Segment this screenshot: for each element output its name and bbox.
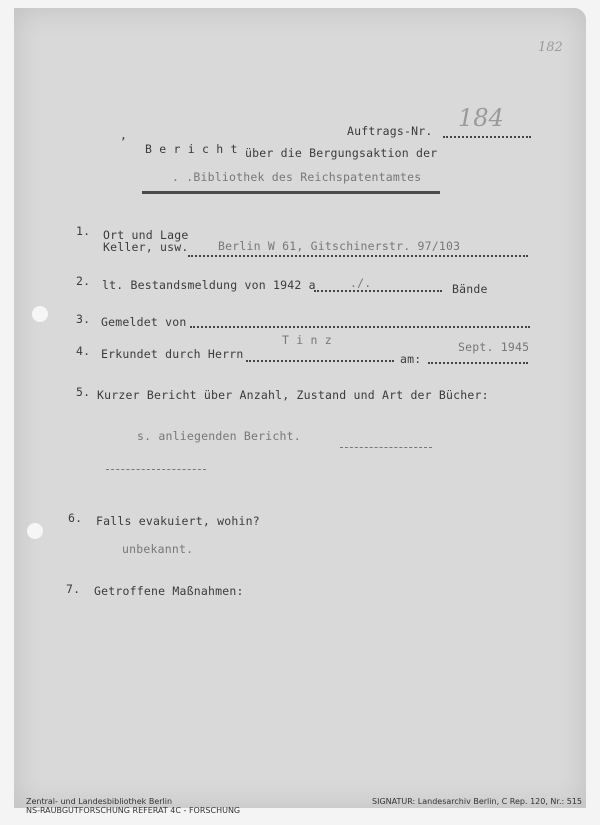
punch-hole [32,306,48,322]
item-6-value: unbekannt. [122,542,193,556]
order-number-label: Auftrags-Nr. [347,124,432,138]
item-2-suffix: Bände [452,282,488,296]
punch-hole [27,523,43,539]
order-number-value: 184 [458,104,504,132]
item-4-line [246,360,394,362]
bullet-mark: , [120,128,127,142]
item-7-number: 7. [66,582,80,596]
item-5-dash-2 [106,469,206,470]
footer-left-line2: NS-RAUBGUTFORSCHUNG REFERAT 4C - FORSCHU… [26,806,240,815]
item-3-line [190,326,530,328]
item-4-date-line [428,362,528,364]
item-1-label-2: Keller, usw. [103,240,188,254]
item-3-number: 3. [76,312,90,326]
item-1-number: 1. [76,224,90,238]
item-4-date-label: am: [400,352,421,366]
item-6-number: 6. [68,511,82,525]
footer-signature: SIGNATUR: Landesarchiv Berlin, C Rep. 12… [372,797,582,806]
item-4-number: 4. [76,344,90,358]
item-1-value: Berlin W 61, Gitschinerstr. 97/103 [218,239,460,253]
item-7-label: Getroffene Maßnahmen: [94,584,244,598]
item-4-label: Erkundet durch Herrn [101,347,243,361]
item-2-value: ./. [350,276,371,290]
item-5-number: 5. [76,385,90,399]
title-spaced: B e r i c h t [145,142,238,156]
institution-name: . .Bibliothek des Reichspatentamtes [172,170,421,184]
item-2-label: lt. Bestandsmeldung von 1942 a [102,278,316,292]
order-number-line [443,136,531,138]
item-5-value: s. anliegenden Bericht. [137,429,301,443]
footer-left: Zentral- und Landesbibliothek Berlin NS-… [26,797,240,815]
title-rest: über die Bergungsaktion der [245,146,437,160]
item-5-label: Kurzer Bericht über Anzahl, Zustand und … [97,388,489,402]
folio-number: 182 [538,40,563,55]
item-4-value: T i n z [282,333,332,347]
item-5-dash [340,447,432,448]
title-underline [142,191,440,194]
item-2-line [314,290,442,292]
item-4-date-value: Sept. 1945 [458,340,529,354]
item-3-label: Gemeldet von [101,315,186,329]
footer-left-line1: Zentral- und Landesbibliothek Berlin [26,797,240,806]
item-6-label: Falls evakuiert, wohin? [96,514,260,528]
item-1-line [188,255,528,257]
item-2-number: 2. [76,274,90,288]
